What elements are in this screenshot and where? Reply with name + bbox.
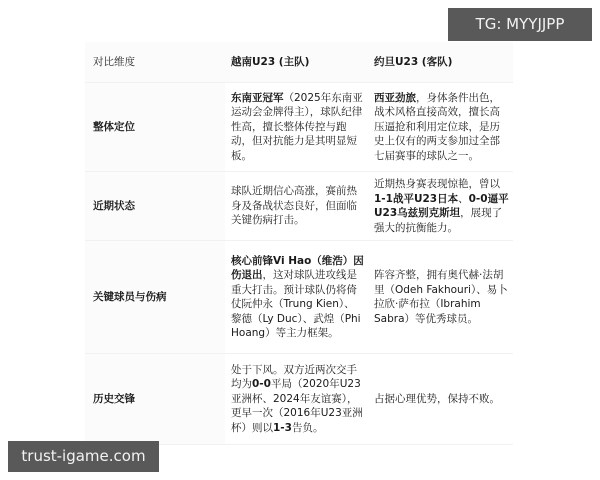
home-text: 处于下风。双方近两次交手均为0-0平局（2020年U23亚洲杯、2024年友谊赛… bbox=[231, 363, 364, 436]
away-body: 占据心理优势，保持不败。 bbox=[374, 392, 500, 407]
header-dimension-label: 对比维度 bbox=[93, 55, 135, 70]
away-text: 近期热身赛表现惊艳，曾以1-1战平U23日本、0-0逼平U23乌兹别克斯坦，展现… bbox=[374, 177, 509, 235]
table-row-head-to-head: 历史交锋 处于下风。双方近两次交手均为0-0平局（2020年U23亚洲杯、202… bbox=[85, 354, 513, 445]
home-highlight: 东南亚冠军 bbox=[231, 92, 284, 104]
home-highlight: 0-0 bbox=[252, 378, 271, 390]
home-cell: 处于下风。双方近两次交手均为0-0平局（2020年U23亚洲杯、2024年友谊赛… bbox=[225, 354, 368, 444]
away-highlight: 1-1战平U23日本 bbox=[374, 193, 458, 205]
header-dimension: 对比维度 bbox=[85, 55, 225, 70]
comparison-table: 对比维度 越南U23 (主队) 约旦U23 (客队) 整体定位 东南亚冠军（20… bbox=[85, 42, 513, 445]
header-away: 约旦U23 (客队) bbox=[368, 42, 513, 82]
away-cell: 近期热身赛表现惊艳，曾以1-1战平U23日本、0-0逼平U23乌兹别克斯坦，展现… bbox=[368, 172, 513, 240]
dimension-cell: 整体定位 bbox=[85, 83, 225, 171]
table-header-row: 对比维度 越南U23 (主队) 约旦U23 (客队) bbox=[85, 42, 513, 83]
away-body: 阵容齐整，拥有奥代赫·法胡里（Odeh Fakhouri）、易卜拉欣·萨布拉（I… bbox=[374, 268, 509, 326]
dimension-cell: 近期状态 bbox=[85, 172, 225, 240]
home-cell: 球队近期信心高涨，赛前热身及备战状态良好，但面临关键伤病打击。 bbox=[225, 172, 368, 240]
home-cell: 核心前锋Vi Hao（维浩）因伤退出，这对球队进攻线是重大打击。预计球队仍将倚仗… bbox=[225, 241, 368, 353]
away-body: 、 bbox=[458, 193, 469, 205]
dimension-label: 关键球员与伤病 bbox=[93, 290, 167, 305]
home-cell: 东南亚冠军（2025年东南亚运动会金牌得主），球队纪律性高，擅长整体传控与跑动，… bbox=[225, 83, 368, 171]
watermark-top-right: TG: MYYJJPP bbox=[448, 8, 592, 41]
table-row-overall: 整体定位 东南亚冠军（2025年东南亚运动会金牌得主），球队纪律性高，擅长整体传… bbox=[85, 83, 513, 172]
watermark-bottom-left: trust-igame.com bbox=[8, 441, 159, 472]
home-text: 东南亚冠军（2025年东南亚运动会金牌得主），球队纪律性高，擅长整体传控与跑动，… bbox=[231, 91, 364, 164]
table-row-recent-form: 近期状态 球队近期信心高涨，赛前热身及备战状态良好，但面临关键伤病打击。 近期热… bbox=[85, 172, 513, 241]
dimension-cell: 历史交锋 bbox=[85, 354, 225, 444]
home-body: 告负。 bbox=[292, 422, 324, 434]
dimension-cell: 关键球员与伤病 bbox=[85, 241, 225, 353]
home-text: 核心前锋Vi Hao（维浩）因伤退出，这对球队进攻线是重大打击。预计球队仍将倚仗… bbox=[231, 254, 364, 341]
away-body: 近期热身赛表现惊艳，曾以 bbox=[374, 178, 500, 190]
away-text: 西亚劲旅，身体条件出色，战术风格直接高效，擅长高压逼抢和利用定位球，是历史上仅有… bbox=[374, 91, 509, 164]
header-away-label: 约旦U23 (客队) bbox=[374, 55, 452, 70]
away-cell: 西亚劲旅，身体条件出色，战术风格直接高效，擅长高压逼抢和利用定位球，是历史上仅有… bbox=[368, 83, 513, 171]
dimension-label: 整体定位 bbox=[93, 120, 135, 135]
dimension-label: 近期状态 bbox=[93, 199, 135, 214]
away-highlight: 西亚劲旅 bbox=[374, 92, 416, 104]
table-row-key-players: 关键球员与伤病 核心前锋Vi Hao（维浩）因伤退出，这对球队进攻线是重大打击。… bbox=[85, 241, 513, 354]
header-home-label: 越南U23 (主队) bbox=[231, 55, 309, 70]
dimension-label: 历史交锋 bbox=[93, 392, 135, 407]
away-cell: 阵容齐整，拥有奥代赫·法胡里（Odeh Fakhouri）、易卜拉欣·萨布拉（I… bbox=[368, 241, 513, 353]
home-highlight: 1-3 bbox=[273, 422, 292, 434]
header-home: 越南U23 (主队) bbox=[225, 42, 368, 82]
away-cell: 占据心理优势，保持不败。 bbox=[368, 354, 513, 444]
home-body: 球队近期信心高涨，赛前热身及备战状态良好，但面临关键伤病打击。 bbox=[231, 184, 364, 228]
